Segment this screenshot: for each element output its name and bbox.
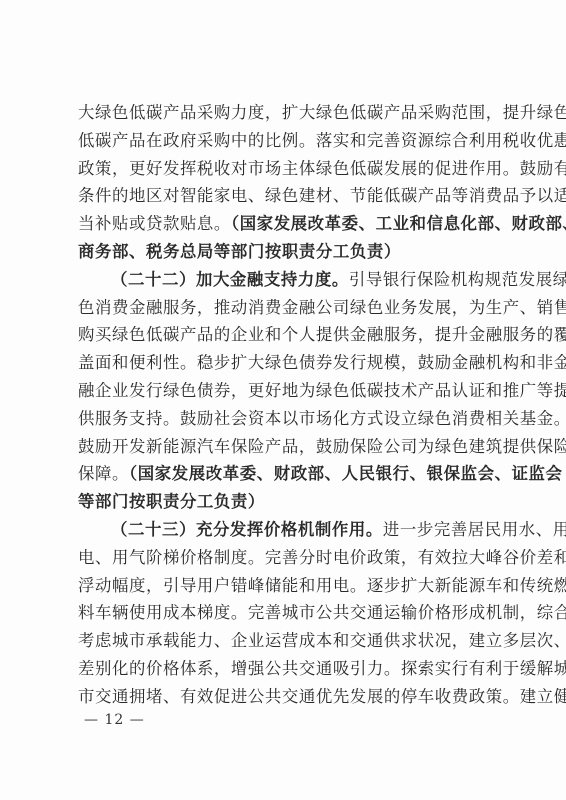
body-text-span: 政策，更好发挥税收对市场主体绿色低碳发展的促进作用。鼓励有 [78,159,566,178]
text-line: 供服务支持。鼓励社会资本以市场化方式设立绿色消费相关基金。 [78,405,490,433]
body-text-span: 保障。 [78,464,129,483]
text-line: 大绿色低碳产品采购力度，扩大绿色低碳产品采购范围，提升绿色 [78,99,490,127]
document-page: 大绿色低碳产品采购力度，扩大绿色低碳产品采购范围，提升绿色低碳产品在政府采购中的… [0,0,566,800]
text-line: 低碳产品在政府采购中的比例。落实和完善资源综合利用税收优惠 [78,127,490,155]
text-line: 差别化的价格体系，增强公共交通吸引力。探索实行有利于缓解城 [78,655,490,683]
text-line: 盖面和便利性。稳步扩大绿色债券发行规模，鼓励金融机构和非金 [78,349,490,377]
text-line: 融企业发行绿色债券，更好地为绿色低碳技术产品认证和推广等提 [78,377,490,405]
body-text-span: 差别化的价格体系，增强公共交通吸引力。探索实行有利于缓解城 [78,659,566,678]
section-heading-line: （二十三）充分发挥价格机制作用。进一步完善居民用水、用 [78,516,490,544]
body-text-span: 鼓励开发新能源汽车保险产品，鼓励保险公司为绿色建筑提供保险 [78,437,566,456]
body-text-span: 引导银行保险机构规范发展绿 [349,270,566,289]
section-heading-line: （二十二）加大金融支持力度。引导银行保险机构规范发展绿 [78,266,490,294]
body-text-span: 条件的地区对智能家电、绿色建材、节能低碳产品等消费品予以适 [78,186,566,205]
document-body: 大绿色低碳产品采购力度，扩大绿色低碳产品采购范围，提升绿色低碳产品在政府采购中的… [78,99,490,711]
text-line: 色消费金融服务，推动消费金融公司绿色业务发展，为生产、销售、 [78,294,490,322]
body-text-span: 盖面和便利性。稳步扩大绿色债券发行规模，鼓励金融机构和非金 [78,353,566,372]
body-text-span: 料车辆使用成本梯度。完善城市公共交通运输价格形成机制，综合 [78,603,566,622]
body-text-span: 进一步完善居民用水、用 [383,520,566,539]
body-text-span: 大绿色低碳产品采购力度，扩大绿色低碳产品采购范围，提升绿色 [78,103,566,122]
bold-text: 商务部、税务总局等部门按职责分工负责） [78,242,401,261]
body-text-span: 低碳产品在政府采购中的比例。落实和完善资源综合利用税收优惠 [78,131,566,150]
text-line: 等部门按职责分工负责） [78,488,490,516]
body-text-span: 融企业发行绿色债券，更好地为绿色低碳技术产品认证和推广等提 [78,381,566,400]
body-text-span: 电、用气阶梯价格制度。完善分时电价政策，有效拉大峰谷价差和 [78,548,566,567]
bold-text: （国家发展改革委、财政部、人民银行、银保监会、证监会 [129,464,563,483]
page-number: — 12 — [84,712,145,728]
text-line: 当补贴或贷款贴息。（国家发展改革委、工业和信息化部、财政部、 [78,210,490,238]
body-text-span: 浮动幅度，引导用户错峰储能和用电。逐步扩大新能源车和传统燃 [78,576,566,595]
text-line: 政策，更好发挥税收对市场主体绿色低碳发展的促进作用。鼓励有 [78,155,490,183]
body-text-span: 供服务支持。鼓励社会资本以市场化方式设立绿色消费相关基金。 [78,409,566,428]
text-line: 鼓励开发新能源汽车保险产品，鼓励保险公司为绿色建筑提供保险 [78,433,490,461]
text-line: 料车辆使用成本梯度。完善城市公共交通运输价格形成机制，综合 [78,599,490,627]
text-line: 市交通拥堵、有效促进公共交通优先发展的停车收费政策。建立健 [78,683,490,711]
text-line: 电、用气阶梯价格制度。完善分时电价政策，有效拉大峰谷价差和 [78,544,490,572]
bold-text: （二十三）充分发挥价格机制作用。 [111,520,383,539]
text-line: 条件的地区对智能家电、绿色建材、节能低碳产品等消费品予以适 [78,182,490,210]
body-text-span: 考虑城市承载能力、企业运营成本和交通供求状况，建立多层次、 [78,631,566,650]
text-line: 浮动幅度，引导用户错峰储能和用电。逐步扩大新能源车和传统燃 [78,572,490,600]
body-text-span: 市交通拥堵、有效促进公共交通优先发展的停车收费政策。建立健 [78,687,566,706]
body-text-span: 色消费金融服务，推动消费金融公司绿色业务发展，为生产、销售、 [78,298,566,317]
body-text-span: 购买绿色低碳产品的企业和个人提供金融服务，提升金融服务的覆 [78,325,566,344]
text-line: 考虑城市承载能力、企业运营成本和交通供求状况，建立多层次、 [78,627,490,655]
bold-text: 等部门按职责分工负责） [78,492,265,511]
text-line: 购买绿色低碳产品的企业和个人提供金融服务，提升金融服务的覆 [78,321,490,349]
bold-text: （二十二）加大金融支持力度。 [111,270,349,289]
text-line: 商务部、税务总局等部门按职责分工负责） [78,238,490,266]
text-line: 保障。（国家发展改革委、财政部、人民银行、银保监会、证监会 [78,460,490,488]
bold-text: （国家发展改革委、工业和信息化部、财政部、 [231,214,566,233]
body-text-span: 当补贴或贷款贴息。 [78,214,231,233]
